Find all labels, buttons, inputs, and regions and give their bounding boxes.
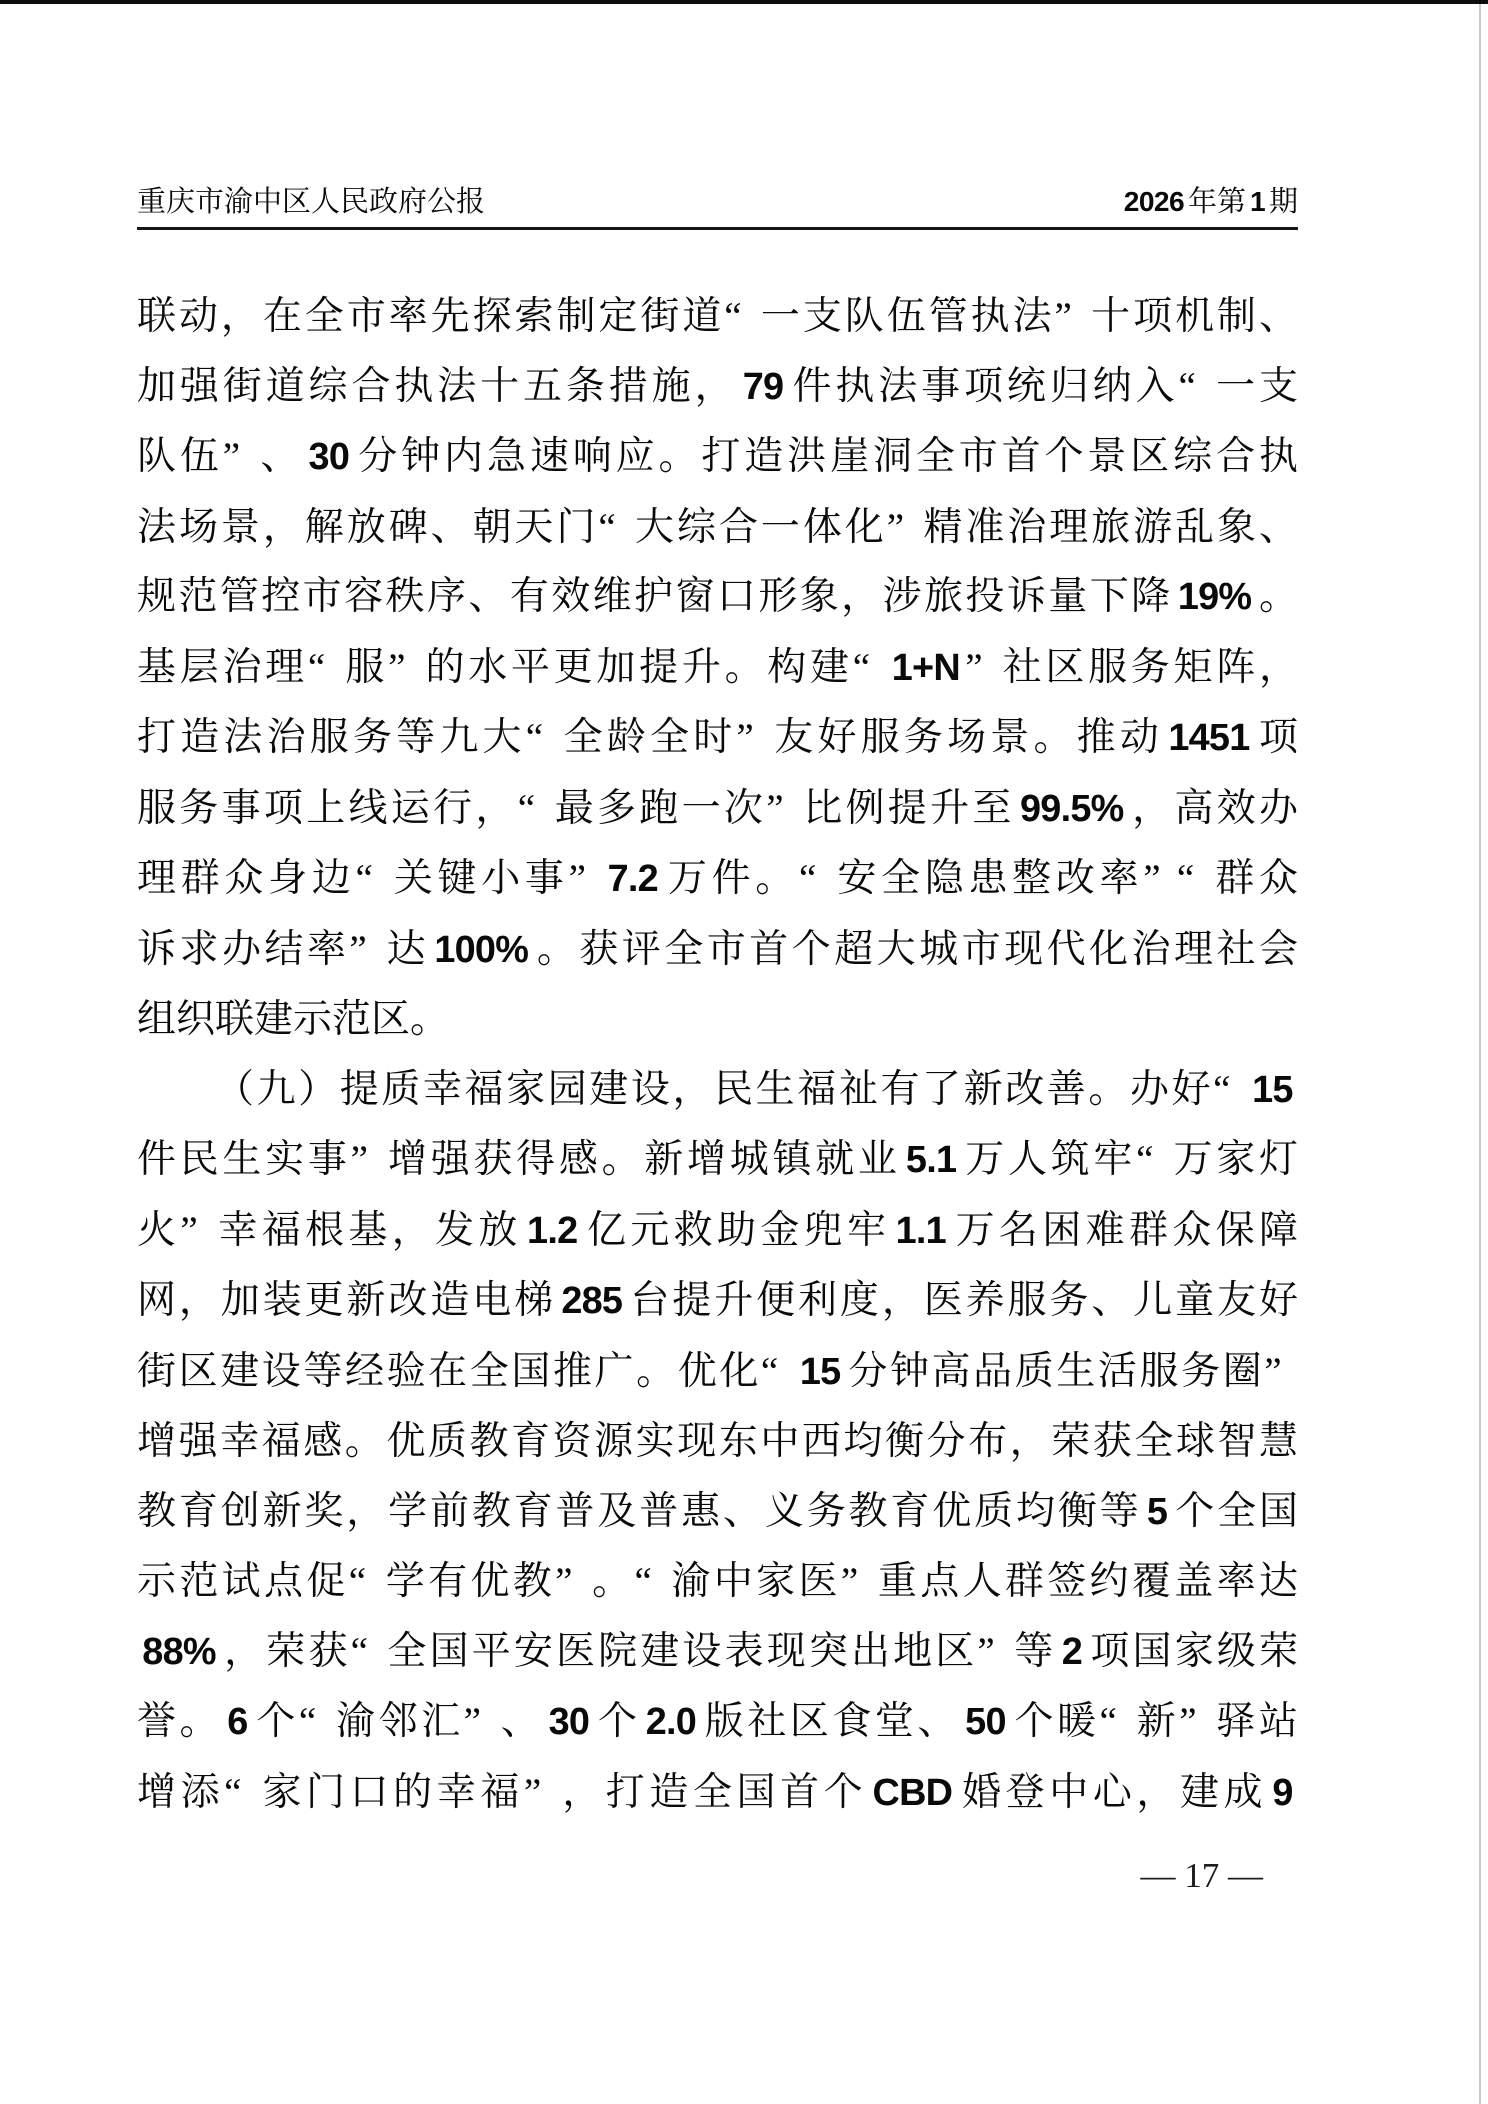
numeral: 1451 <box>1168 717 1249 759</box>
numeral: 30 <box>309 436 350 478</box>
numeral: 15 <box>800 1351 841 1393</box>
fullwidth-quote: “ <box>518 787 535 830</box>
numeral: 19% <box>1178 576 1251 618</box>
fullwidth-quote: ” <box>464 1700 481 1743</box>
fullwidth-quote: ” <box>351 1138 368 1181</box>
text-line: 理群众身边“关键小事”7.2万件。“安全隐患整改率”“群众 <box>137 844 1298 915</box>
fullwidth-quote: “ <box>799 857 816 900</box>
text-line: 件民生实事”增强获得感。新增城镇就业5.1万人筑牢“万家灯 <box>137 1125 1298 1196</box>
fullwidth-quote: “ <box>853 646 870 689</box>
fullwidth-quote: “ <box>634 1560 651 1603</box>
text-line: 基层治理“服”的水平更加提升。构建“1+N”社区服务矩阵， <box>137 633 1298 704</box>
fullwidth-quote: ” <box>1055 295 1072 338</box>
fullwidth-quote: “ <box>308 646 325 689</box>
numeral: 1.1 <box>896 1210 946 1252</box>
fullwidth-quote: ” <box>1264 1350 1281 1393</box>
numeral: 99.5% <box>1020 788 1123 830</box>
fullwidth-quote: “ <box>355 857 372 900</box>
fullwidth-quote: “ <box>1177 857 1194 900</box>
fullwidth-quote: “ <box>299 1700 316 1743</box>
numeral: 100% <box>434 929 528 971</box>
fullwidth-quote: “ <box>1136 1138 1153 1181</box>
document-body: 联动，在全市率先探索制定街道“一支队伍管执法”十项机制、加强街道综合执法十五条措… <box>137 282 1298 1828</box>
fullwidth-quote: ” <box>965 646 982 689</box>
issue-label: 2026年第1期 <box>1120 183 1298 221</box>
text-line: 加强街道综合执法十五条措施，79件执法事项统归纳入“一支 <box>137 352 1298 423</box>
text-line: 联动，在全市率先探索制定街道“一支队伍管执法”十项机制、 <box>137 282 1298 352</box>
header-rule <box>137 227 1298 230</box>
fullwidth-quote: ” <box>349 928 366 971</box>
numeral: 285 <box>561 1280 622 1322</box>
text-line: 街区建设等经验在全国推广。优化“15分钟高品质生活服务圈” <box>137 1337 1298 1408</box>
page-header: 重庆市渝中区人民政府公报 2026年第1期 <box>137 183 1298 221</box>
text-line: 服务事项上线运行，“最多跑一次”比例提升至99.5%，高效办 <box>137 774 1298 845</box>
scan-top-edge-artifact <box>0 0 1488 4</box>
fullwidth-quote: ” <box>841 1560 858 1603</box>
numeral: 9 <box>1272 1772 1292 1814</box>
fullwidth-quote: ” <box>766 787 783 830</box>
fullwidth-quote: “ <box>761 1350 778 1393</box>
fullwidth-quote: ” <box>569 857 586 900</box>
numeral: 2026 <box>1124 186 1184 217</box>
text-line: 打造法治服务等九大“全龄全时”友好服务场景。推动1451项 <box>137 703 1298 774</box>
fullwidth-quote: “ <box>598 506 615 549</box>
numeral: 1 <box>1250 186 1265 217</box>
numeral: 2 <box>1062 1631 1082 1673</box>
page-number: — 17 — <box>1141 1856 1264 1895</box>
text-line: 誉。6个“渝邻汇”、30个2.0版社区食堂、50个暖“新”驿站 <box>137 1687 1298 1758</box>
text-line: 教育创新奖，学前教育普及普惠、义务教育优质均衡等5个全国 <box>137 1477 1298 1548</box>
numeral: 1+N <box>892 647 960 689</box>
numeral: 79 <box>743 366 784 408</box>
text-line: （九）提质幸福家园建设，民生福祉有了新改善。办好“15 <box>137 1055 1298 1126</box>
numeral: 1.2 <box>527 1210 577 1252</box>
numeral: 88% <box>142 1631 215 1673</box>
numeral: CBD <box>873 1772 953 1814</box>
fullwidth-quote: ” <box>736 716 753 759</box>
text-line: 规范管控市容秩序、有效维护窗口形象，涉旅投诉量下降19%。 <box>137 562 1298 633</box>
fullwidth-quote: “ <box>724 295 741 338</box>
page-footer: — 17 — <box>1141 1856 1264 1896</box>
scan-right-edge-artifact <box>1479 4 1481 2104</box>
fullwidth-quote: ” <box>388 646 405 689</box>
fullwidth-quote: “ <box>526 716 543 759</box>
fullwidth-quote: ” <box>887 506 904 549</box>
fullwidth-quote: ” <box>1179 1700 1196 1743</box>
fullwidth-quote: “ <box>351 1630 368 1673</box>
numeral: 6 <box>227 1701 247 1743</box>
fullwidth-quote: “ <box>1213 1068 1230 1111</box>
fullwidth-quote: “ <box>224 1771 241 1814</box>
fullwidth-quote: ” <box>555 1560 572 1603</box>
journal-title: 重庆市渝中区人民政府公报 <box>137 183 485 221</box>
gazette-page: 重庆市渝中区人民政府公报 2026年第1期 联动，在全市率先探索制定街道“一支队… <box>0 0 1488 2104</box>
text-line: 增强幸福感。优质教育资源实现东中西均衡分布，荣获全球智慧 <box>137 1407 1298 1477</box>
fullwidth-quote: “ <box>1179 365 1196 408</box>
text-line: 火”幸福根基，发放1.2亿元救助金兜牢1.1万名困难群众保障 <box>137 1196 1298 1267</box>
numeral: 2.0 <box>646 1701 696 1743</box>
numeral: 50 <box>965 1701 1006 1743</box>
text-line: 法场景，解放碑、朝天门“大综合一体化”精准治理旅游乱象、 <box>137 493 1298 563</box>
numeral: 5.1 <box>906 1139 956 1181</box>
numeral: 15 <box>1252 1069 1293 1111</box>
text-line: 组织联建示范区。 <box>137 985 1298 1055</box>
numeral: 30 <box>549 1701 590 1743</box>
fullwidth-quote: “ <box>1100 1700 1117 1743</box>
fullwidth-quote: ” <box>1143 857 1160 900</box>
text-line: 示范试点促“学有优教”。“渝中家医”重点人群签约覆盖率达 <box>137 1547 1298 1617</box>
fullwidth-quote: ” <box>524 1771 541 1814</box>
numeral: 7.2 <box>608 858 658 900</box>
text-line: 网，加装更新改造电梯285台提升便利度，医养服务、儿童友好 <box>137 1266 1298 1337</box>
text-line: 88%，荣获“全国平安医院建设表现突出地区”等2项国家级荣 <box>137 1617 1298 1688</box>
text-line: 队伍”、30分钟内急速响应。打造洪崖洞全市首个景区综合执 <box>137 422 1298 493</box>
fullwidth-quote: ” <box>223 435 240 478</box>
numeral: 5 <box>1147 1491 1167 1533</box>
fullwidth-quote: ” <box>977 1630 994 1673</box>
text-line: 增添“家门口的幸福”，打造全国首个CBD婚登中心，建成9 <box>137 1758 1298 1829</box>
text-line: 诉求办结率”达100%。获评全市首个超大城市现代化治理社会 <box>137 915 1298 986</box>
fullwidth-quote: ” <box>180 1209 197 1252</box>
fullwidth-quote: “ <box>349 1560 366 1603</box>
